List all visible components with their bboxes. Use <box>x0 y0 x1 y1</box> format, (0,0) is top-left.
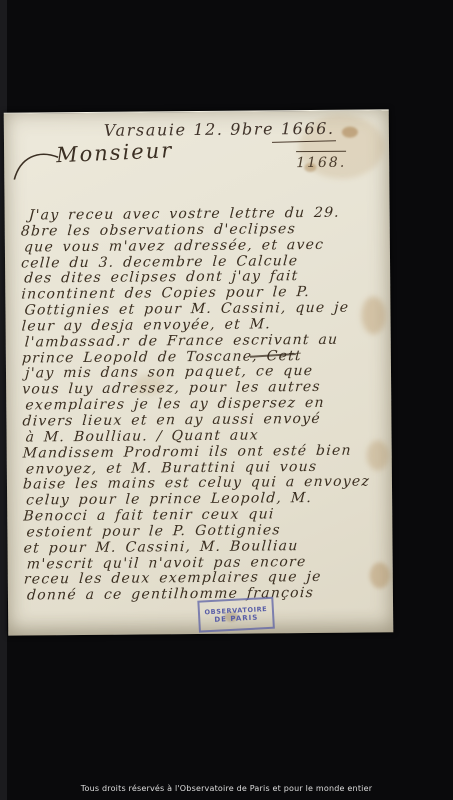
archival-number: 1168. <box>296 151 346 171</box>
stamp-text-line2: DE PARIS <box>214 613 258 624</box>
salutation: Monsieur <box>56 138 174 167</box>
date-line: Varsauie 12. 9bre 1666. <box>104 118 374 139</box>
scanned-letter-view: Varsauie 12. 9bre 1666. 1168. Monsieur J… <box>0 0 453 800</box>
copyright-caption: Tous droits réservés à l'Observatoire de… <box>0 784 453 793</box>
observatoire-stamp: OBSERVATOIRE DE PARIS <box>197 597 275 633</box>
letter-page: Varsauie 12. 9bre 1666. 1168. Monsieur J… <box>4 109 394 635</box>
handwriting-body: J'ay receu avec vostre lettre du 29.8bre… <box>21 205 388 604</box>
flourish-stroke-icon <box>12 147 62 185</box>
